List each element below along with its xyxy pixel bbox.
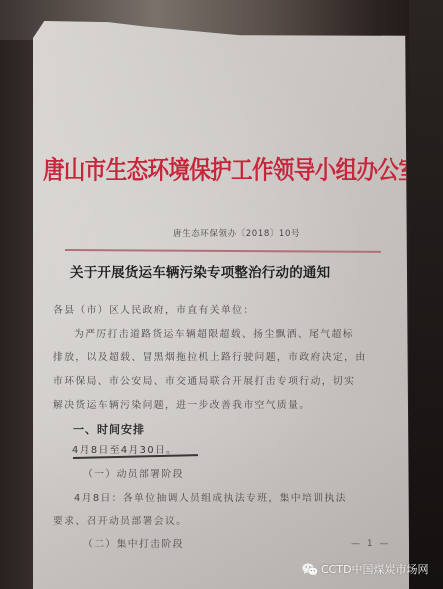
subsection-heading-crackdown: （二）集中打击阶段 xyxy=(83,536,184,550)
page-number: — 1 — xyxy=(351,539,390,549)
subsection-line: 要求、召开动员部署会议。 xyxy=(53,513,187,527)
paragraph-line: 解决货运车辆污染问题，进一步改善我市空气质量。 xyxy=(53,397,311,411)
document-number: 唐生态环保领办〔2018〕10号 xyxy=(173,227,300,239)
document-title: 关于开展货运车辆污染专项整治行动的通知 xyxy=(70,261,330,281)
red-letterhead: 唐山市生态环境保护工作领导小组办公室文件 xyxy=(43,151,408,187)
document-page: 唐山市生态环境保护工作领导小组办公室文件 唐生态环保领办〔2018〕10号 关于… xyxy=(33,21,409,589)
subsection-heading-mobilization: （一）动员部署阶段 xyxy=(83,466,184,480)
watermark-text: CCTD中国煤炭市场网 xyxy=(321,561,429,577)
paragraph-line: 市环保局、市公安局、市交通局联合开展打击专项行动，切实 xyxy=(53,373,355,387)
red-divider-line xyxy=(65,249,381,252)
subsection-line: 4月8日：各单位抽调人员组成执法专班，集中培训执法 xyxy=(74,490,347,504)
paragraph-line: 排放，以及超载、冒黑烟拖拉机上路行驶问题，市政府决定，由 xyxy=(53,349,367,363)
schedule-dates: 4月8日至4月30日。 xyxy=(72,442,177,456)
paragraph-line: 为严厉打击道路货运车辆超限超载、扬尘飘洒、尾气超标 xyxy=(74,326,354,340)
background-surface-right xyxy=(409,0,443,589)
section-heading-schedule: 一、时间安排 xyxy=(73,421,145,437)
salutation: 各县（市）区人民政府，市直有关单位： xyxy=(53,302,255,316)
source-watermark: CCTD中国煤炭市场网 xyxy=(302,561,429,577)
wechat-icon xyxy=(302,563,318,576)
